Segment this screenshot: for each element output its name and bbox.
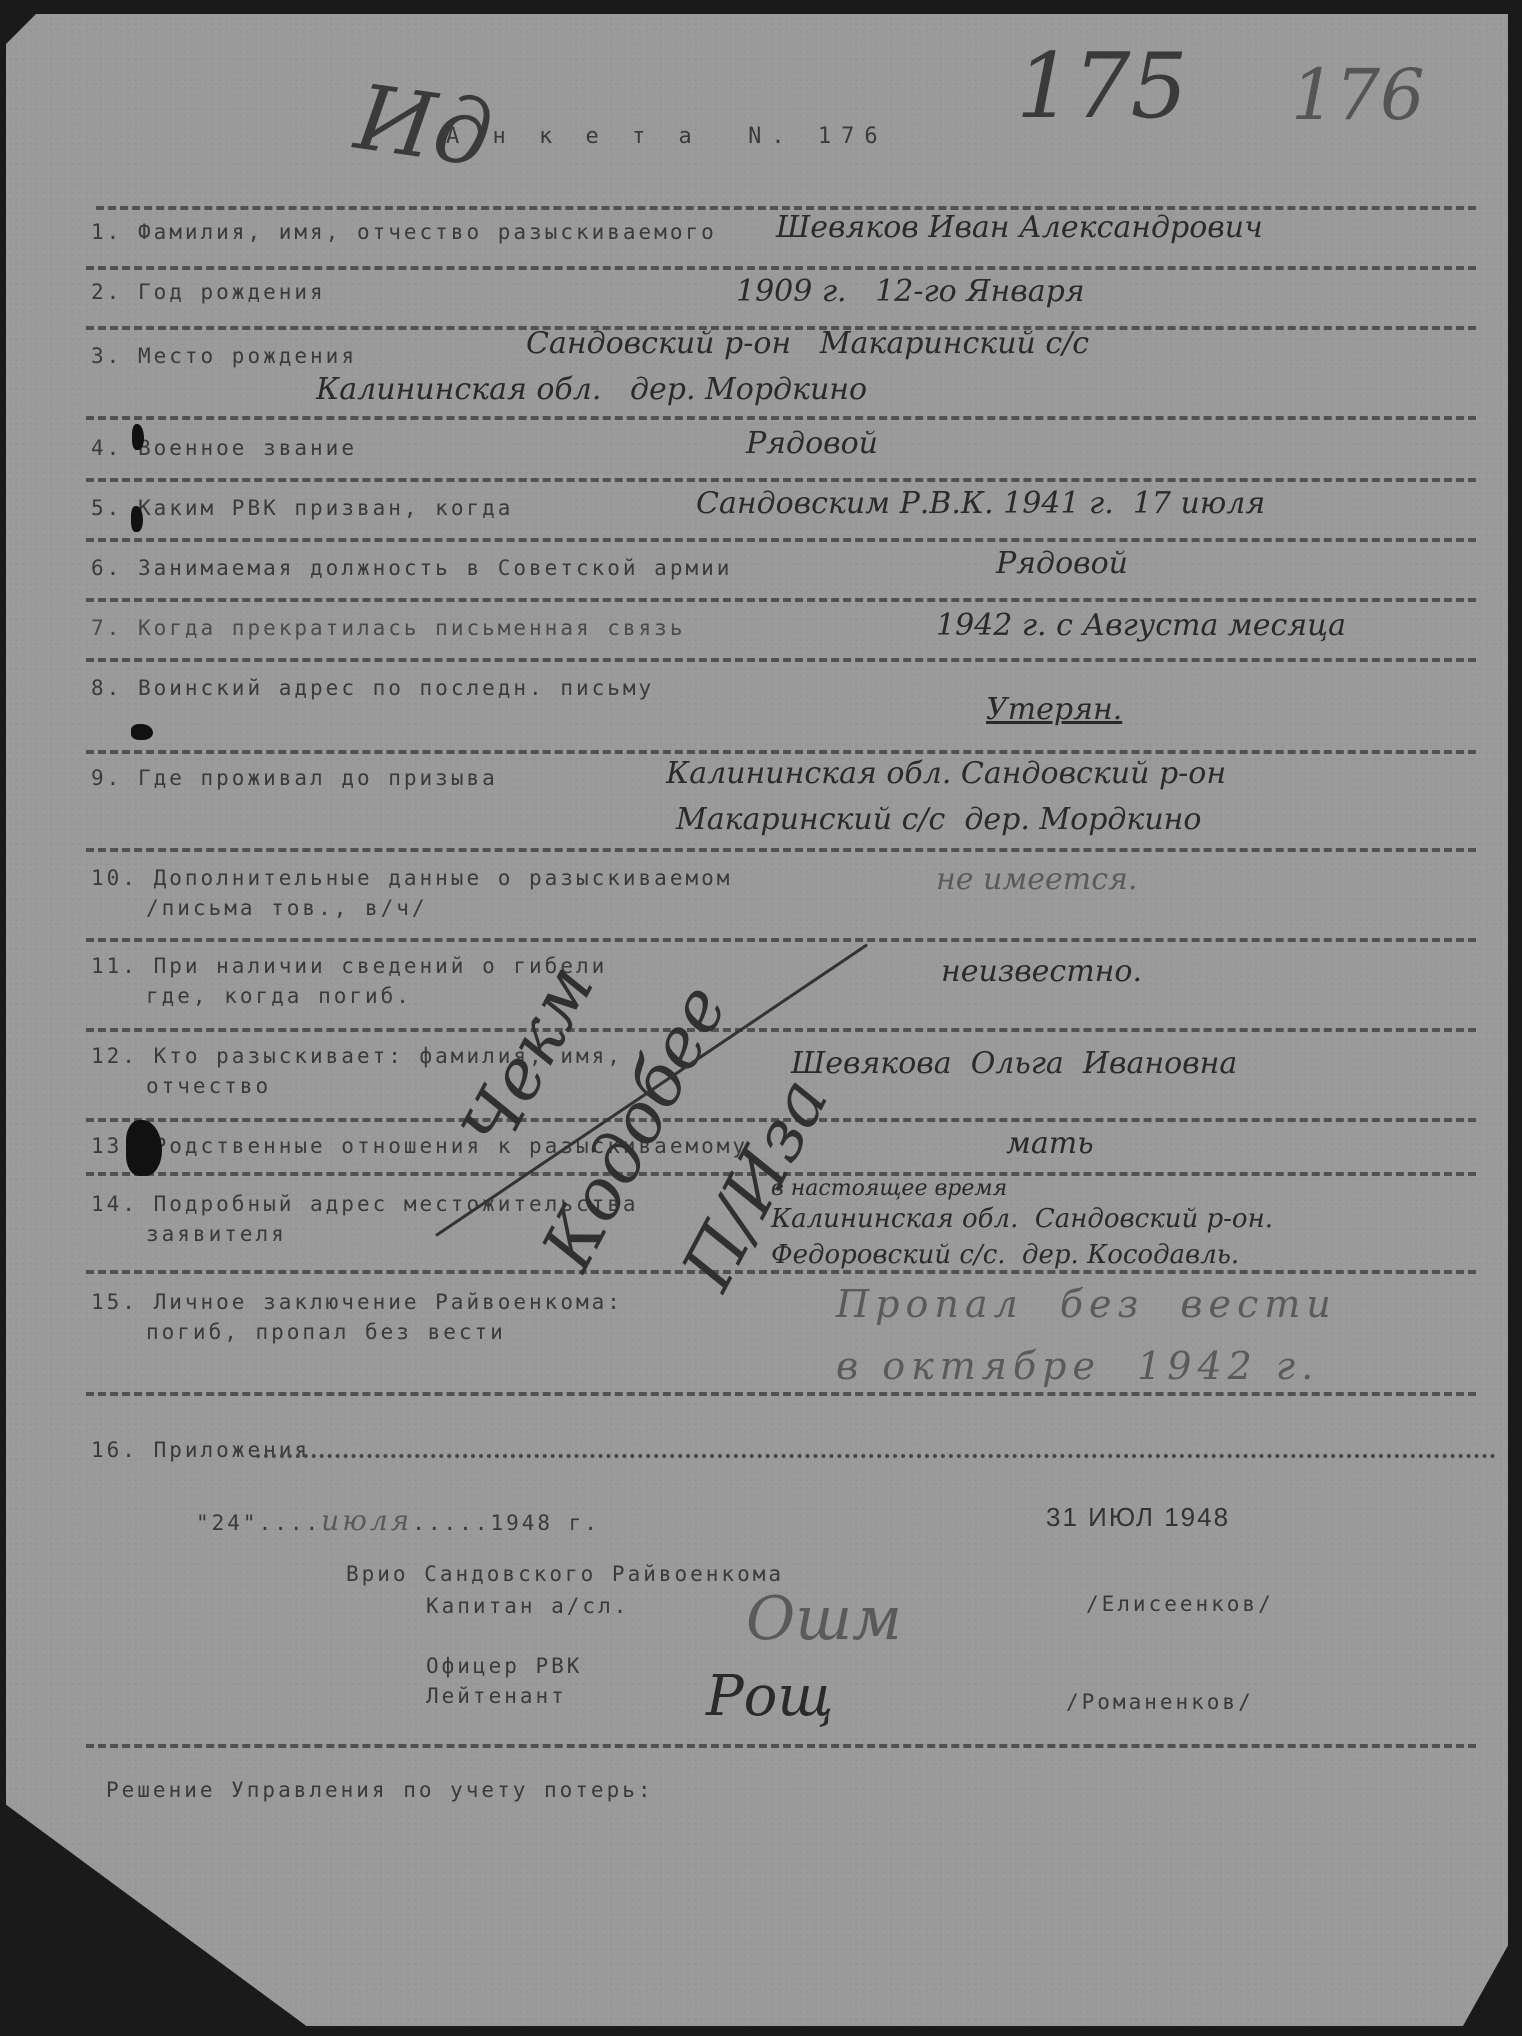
field-14-value: Калининская обл. Сандовский р-он.	[771, 1204, 1273, 1234]
field-4-value: Рядовой	[746, 426, 878, 461]
field-15-label-line2: погиб, пропал без вести	[146, 1320, 506, 1344]
field-14-label-line2: заявителя	[146, 1222, 287, 1246]
field-14-value-prefix: в настоящее время	[771, 1176, 1007, 1201]
field-10-value: не имеется.	[936, 862, 1137, 897]
field-7-value: 1942 г. с Августа месяца	[936, 608, 1346, 643]
tear-hole	[131, 506, 143, 532]
field-1-label: 1. Фамилия, имя, отчество разыскиваемого	[91, 220, 717, 244]
received-date-stamp: 31 ИЮЛ 1948	[1046, 1502, 1230, 1533]
field-15-label: 15. Личное заключение Райвоенкома:	[91, 1290, 623, 1314]
document-title: А н к е т а N. 176	[446, 124, 888, 149]
field-10-label: 10. Дополнительные данные о разыскиваемо…	[91, 866, 732, 890]
field-9-value-line2: Макаринский с/с дер. Мордкино	[676, 802, 1201, 837]
field-16-label: 16. Приложения	[91, 1438, 310, 1462]
field-6-label: 6. Занимаемая должность в Советской арми…	[91, 556, 732, 580]
field-1-value: Шевяков Иван Александрович	[776, 210, 1263, 245]
signature-2: Рощ	[706, 1664, 833, 1729]
field-3-value: Сандовский р-он Макаринский с/с	[526, 326, 1089, 361]
field-5-label: 5. Каким РВК призван, когда	[91, 496, 513, 520]
field-11-value: неизвестно.	[941, 954, 1142, 989]
signature-1: Ошм	[746, 1584, 902, 1654]
field-8-value: Утерян.	[986, 692, 1122, 727]
field-5-value: Сандовским Р.В.К. 1941 г. 17 июля	[696, 486, 1265, 521]
field-15-value: Пропал без вести	[836, 1282, 1337, 1326]
field-6-value: Рядовой	[996, 546, 1128, 581]
field-2-value: 1909 г. 12-го Января	[736, 274, 1085, 309]
field-12-label-line2: отчество	[146, 1074, 271, 1098]
field-3-label: 3. Место рождения	[91, 344, 357, 368]
field-4-label: 4. Военное звание	[91, 436, 357, 460]
document-page: Ид А н к е т а N. 176 175 176 1. Фамилия…	[6, 14, 1508, 2026]
signatory-2-rank: Лейтенант	[426, 1684, 567, 1708]
field-13-value: мать	[1006, 1126, 1094, 1161]
signatory-2-title: Офицер РВК	[426, 1654, 582, 1678]
tear-hole	[131, 724, 153, 740]
field-14-value-line2: Федоровский с/с. дер. Косодавль.	[771, 1240, 1239, 1270]
field-2-label: 2. Год рождения	[91, 280, 326, 304]
signatory-2-name: /Романенков/	[1066, 1690, 1254, 1714]
tear-hole	[126, 1120, 162, 1176]
field-15-value-line2: в октябре 1942 г.	[836, 1344, 1319, 1388]
field-11-label-line2: где, когда погиб.	[146, 984, 412, 1008]
field-8-label: 8. Воинский адрес по последн. письму	[91, 676, 654, 700]
field-9-label: 9. Где проживал до призыва	[91, 766, 498, 790]
field-7-label: 7. Когда прекратилась письменная связь	[91, 616, 685, 640]
crossed-page-number: 175	[1016, 34, 1188, 139]
field-10-label-line2: /письма тов., в/ч/	[146, 896, 428, 920]
date-line: "24"....июля.....1948 г.	[196, 1504, 600, 1537]
field-12-value: Шевякова Ольга Ивановна	[791, 1046, 1237, 1081]
page-number: 176	[1291, 54, 1425, 136]
signatory-1-title: Врио Сандовского Райвоенкома	[346, 1562, 784, 1586]
field-3-value-line2: Калининская обл. дер. Мордкино	[316, 372, 867, 407]
signatory-1-name: /Елисеенков/	[1086, 1592, 1274, 1616]
field-9-value: Калининская обл. Сандовский р-он	[666, 756, 1226, 791]
resolution-label: Решение Управления по учету потерь:	[106, 1778, 654, 1802]
signatory-1-rank: Капитан а/сл.	[426, 1594, 629, 1618]
tear-hole	[132, 424, 144, 450]
